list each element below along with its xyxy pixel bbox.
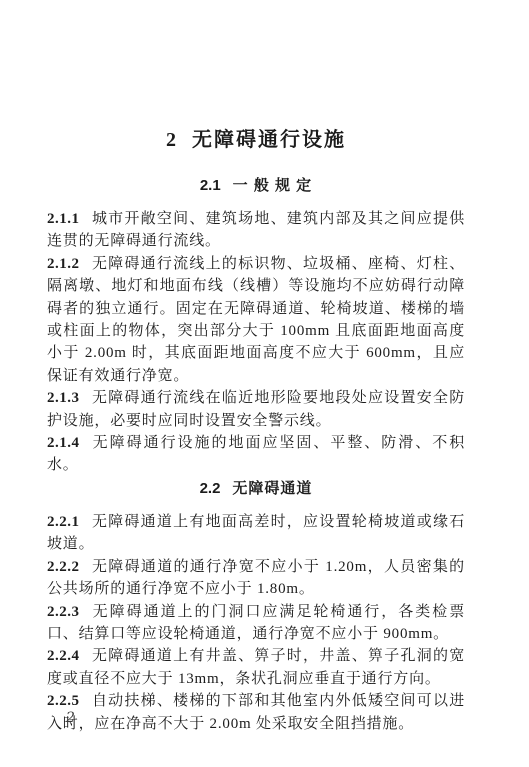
clause-2-2-3: 2.2.3无障碍通道上的门洞口应满足轮椅通行，各类检票口、结算口等应设轮椅通道，… (47, 601, 465, 646)
page-number: 2 (66, 710, 75, 726)
clause-text: 无障碍通道上有井盖、箅子时，井盖、箅子孔洞的宽度或直径不应大于 13mm，条状孔… (47, 648, 465, 686)
section-number: 2.1 (200, 177, 221, 194)
clause-2-2-4: 2.2.4无障碍通道上有井盖、箅子时，井盖、箅子孔洞的宽度或直径不应大于 13m… (47, 645, 465, 690)
clause-text: 无障碍通行设施的地面应坚固、平整、防滑、不积水。 (47, 435, 465, 473)
clause-2-1-1: 2.1.1城市开敞空间、建筑场地、建筑内部及其之间应提供连贯的无障碍通行流线。 (47, 208, 465, 253)
clause-text: 自动扶梯、楼梯的下部和其他室内外低矮空间可以进入时，应在净高不大于 2.00m … (47, 693, 465, 731)
clause-2-1-3: 2.1.3无障碍通行流线在临近地形险要地段处应设置安全防护设施，必要时应同时设置… (47, 387, 465, 432)
clause-text: 无障碍通行流线上的标识物、垃圾桶、座椅、灯柱、隔离墩、地灯和地面布线（线槽）等设… (47, 256, 465, 384)
clause-2-1-2: 2.1.2无障碍通行流线上的标识物、垃圾桶、座椅、灯柱、隔离墩、地灯和地面布线（… (47, 253, 465, 387)
clause-number: 2.2.2 (47, 559, 80, 575)
clause-text: 无障碍通行流线在临近地形险要地段处应设置安全防护设施，必要时应同时设置安全警示线… (47, 390, 465, 428)
section-heading-2-1: 2.1一 般 规 定 (47, 176, 465, 196)
clause-text: 无障碍通道的通行净宽不应小于 1.20m，人员密集的公共场所的通行净宽不应小于 … (47, 559, 465, 597)
clause-2-2-5: 2.2.5自动扶梯、楼梯的下部和其他室内外低矮空间可以进入时，应在净高不大于 2… (47, 690, 465, 735)
clause-number: 2.1.3 (47, 390, 80, 406)
section-heading-2-2: 2.2无障碍通道 (47, 479, 465, 499)
clause-number: 2.2.4 (47, 648, 80, 664)
chapter-title-text: 无障碍通行设施 (192, 129, 346, 151)
section-number: 2.2 (200, 480, 221, 497)
clause-2-2-2: 2.2.2无障碍通道的通行净宽不应小于 1.20m，人员密集的公共场所的通行净宽… (47, 556, 465, 601)
page-content: 2无障碍通行设施 2.1一 般 规 定 2.1.1城市开敞空间、建筑场地、建筑内… (0, 0, 529, 735)
clause-number: 2.1.2 (47, 256, 80, 272)
clause-2-1-4: 2.1.4无障碍通行设施的地面应坚固、平整、防滑、不积水。 (47, 432, 465, 477)
clause-number: 2.2.1 (47, 514, 80, 530)
clause-2-2-1: 2.2.1无障碍通道上有地面高差时，应设置轮椅坡道或缘石坡道。 (47, 511, 465, 556)
clause-number: 2.1.4 (47, 435, 80, 451)
section-title-text: 无障碍通道 (232, 480, 312, 497)
clause-number: 2.1.1 (47, 211, 80, 227)
chapter-number: 2 (166, 129, 176, 151)
section-title-text: 一 般 规 定 (233, 177, 313, 194)
clause-text: 无障碍通道上的门洞口应满足轮椅通行，各类检票口、结算口等应设轮椅通道，通行净宽不… (47, 604, 465, 642)
chapter-title: 2无障碍通行设施 (47, 126, 465, 154)
clause-text: 无障碍通道上有地面高差时，应设置轮椅坡道或缘石坡道。 (47, 514, 465, 552)
document-page: 2无障碍通行设施 2.1一 般 规 定 2.1.1城市开敞空间、建筑场地、建筑内… (0, 0, 529, 767)
clause-number: 2.2.3 (47, 604, 80, 620)
clause-number: 2.2.5 (47, 693, 80, 709)
clause-text: 城市开敞空间、建筑场地、建筑内部及其之间应提供连贯的无障碍通行流线。 (47, 211, 465, 249)
